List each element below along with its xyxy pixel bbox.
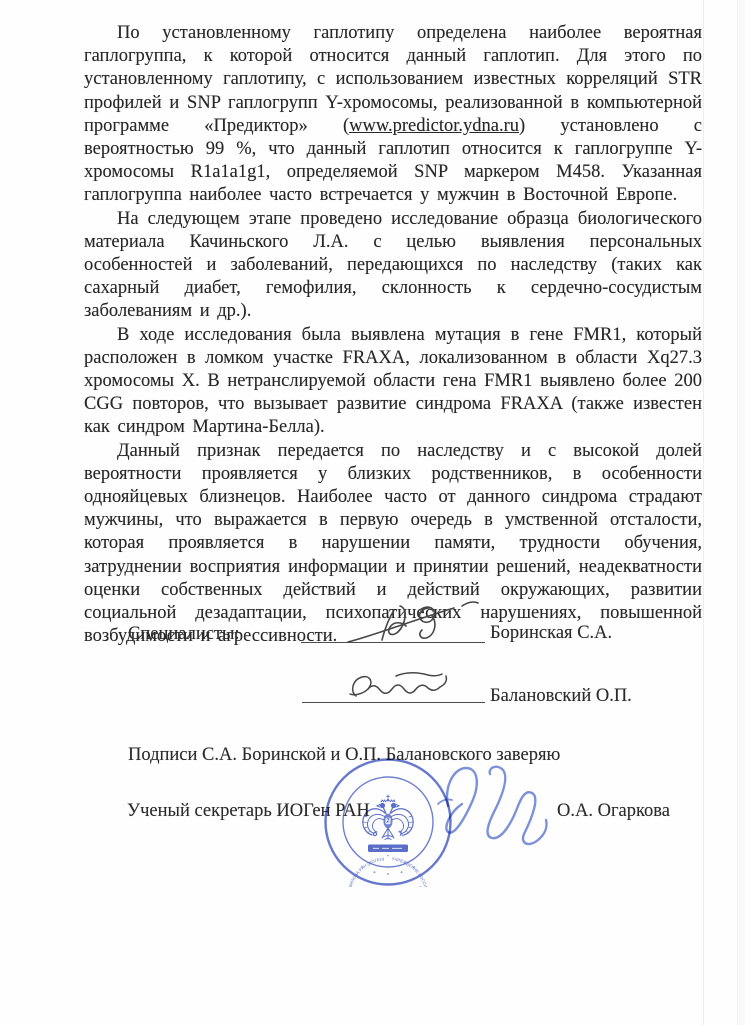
stamp-ogrn-text: ОГРН 1037739459748 [353,886,423,887]
svg-text:УЧРЕЖДЕНИЕ РОССИЙСКОЙ АКАДЕМИИ: УЧРЕЖДЕНИЕ РОССИЙСКОЙ АКАДЕМИИ НАУК ИНСТ… [346,856,430,887]
paragraph-fmr1-mutation: В ходе исследования была выявлена мутаци… [84,324,702,440]
paragraph-biomaterial: На следующем этапе проведено исследовани… [84,208,702,324]
secretary-name: О.А. Огаркова [557,800,670,822]
predictor-url: www.predictor.ydna.ru [349,116,519,136]
handwritten-signature-ogarkova [438,760,556,860]
handwritten-signature-balanovsky [344,668,456,702]
svg-text:ОГРН 1037739459748: ОГРН 1037739459748 [353,886,423,887]
official-stamp: РОССИЙСКАЯ АКАДЕМИЯ НАУК УЧРЕЖДЕНИЕ РОСС… [322,757,454,887]
stamp-banner [368,845,408,853]
scan-artifact-line [703,0,704,1025]
scan-artifact-edge [739,0,745,1025]
specialists-label: Специалисты: [128,623,240,645]
body-text: По установленному гаплотипу определена н… [84,22,702,648]
eagle-left-wing [363,809,385,835]
eagle-right-wing [391,809,413,835]
paragraph-haplogroup: По установленному гаплотипу определена н… [84,22,702,208]
document-page: По установленному гаплотипу определена н… [0,0,745,1025]
stamp-inner-text: УЧРЕЖДЕНИЕ РОССИЙСКОЙ АКАДЕМИИ НАУК ИНСТ… [346,856,430,887]
signature-name-balanovsky: Балановский О.П. [490,685,632,707]
handwritten-signature-borinskaya [342,596,484,648]
scan-artifact-line [737,0,738,1025]
double-headed-eagle-icon [363,795,413,840]
signature-line-2 [302,702,485,703]
signature-name-borinskaya: Боринская С.А. [490,622,612,644]
